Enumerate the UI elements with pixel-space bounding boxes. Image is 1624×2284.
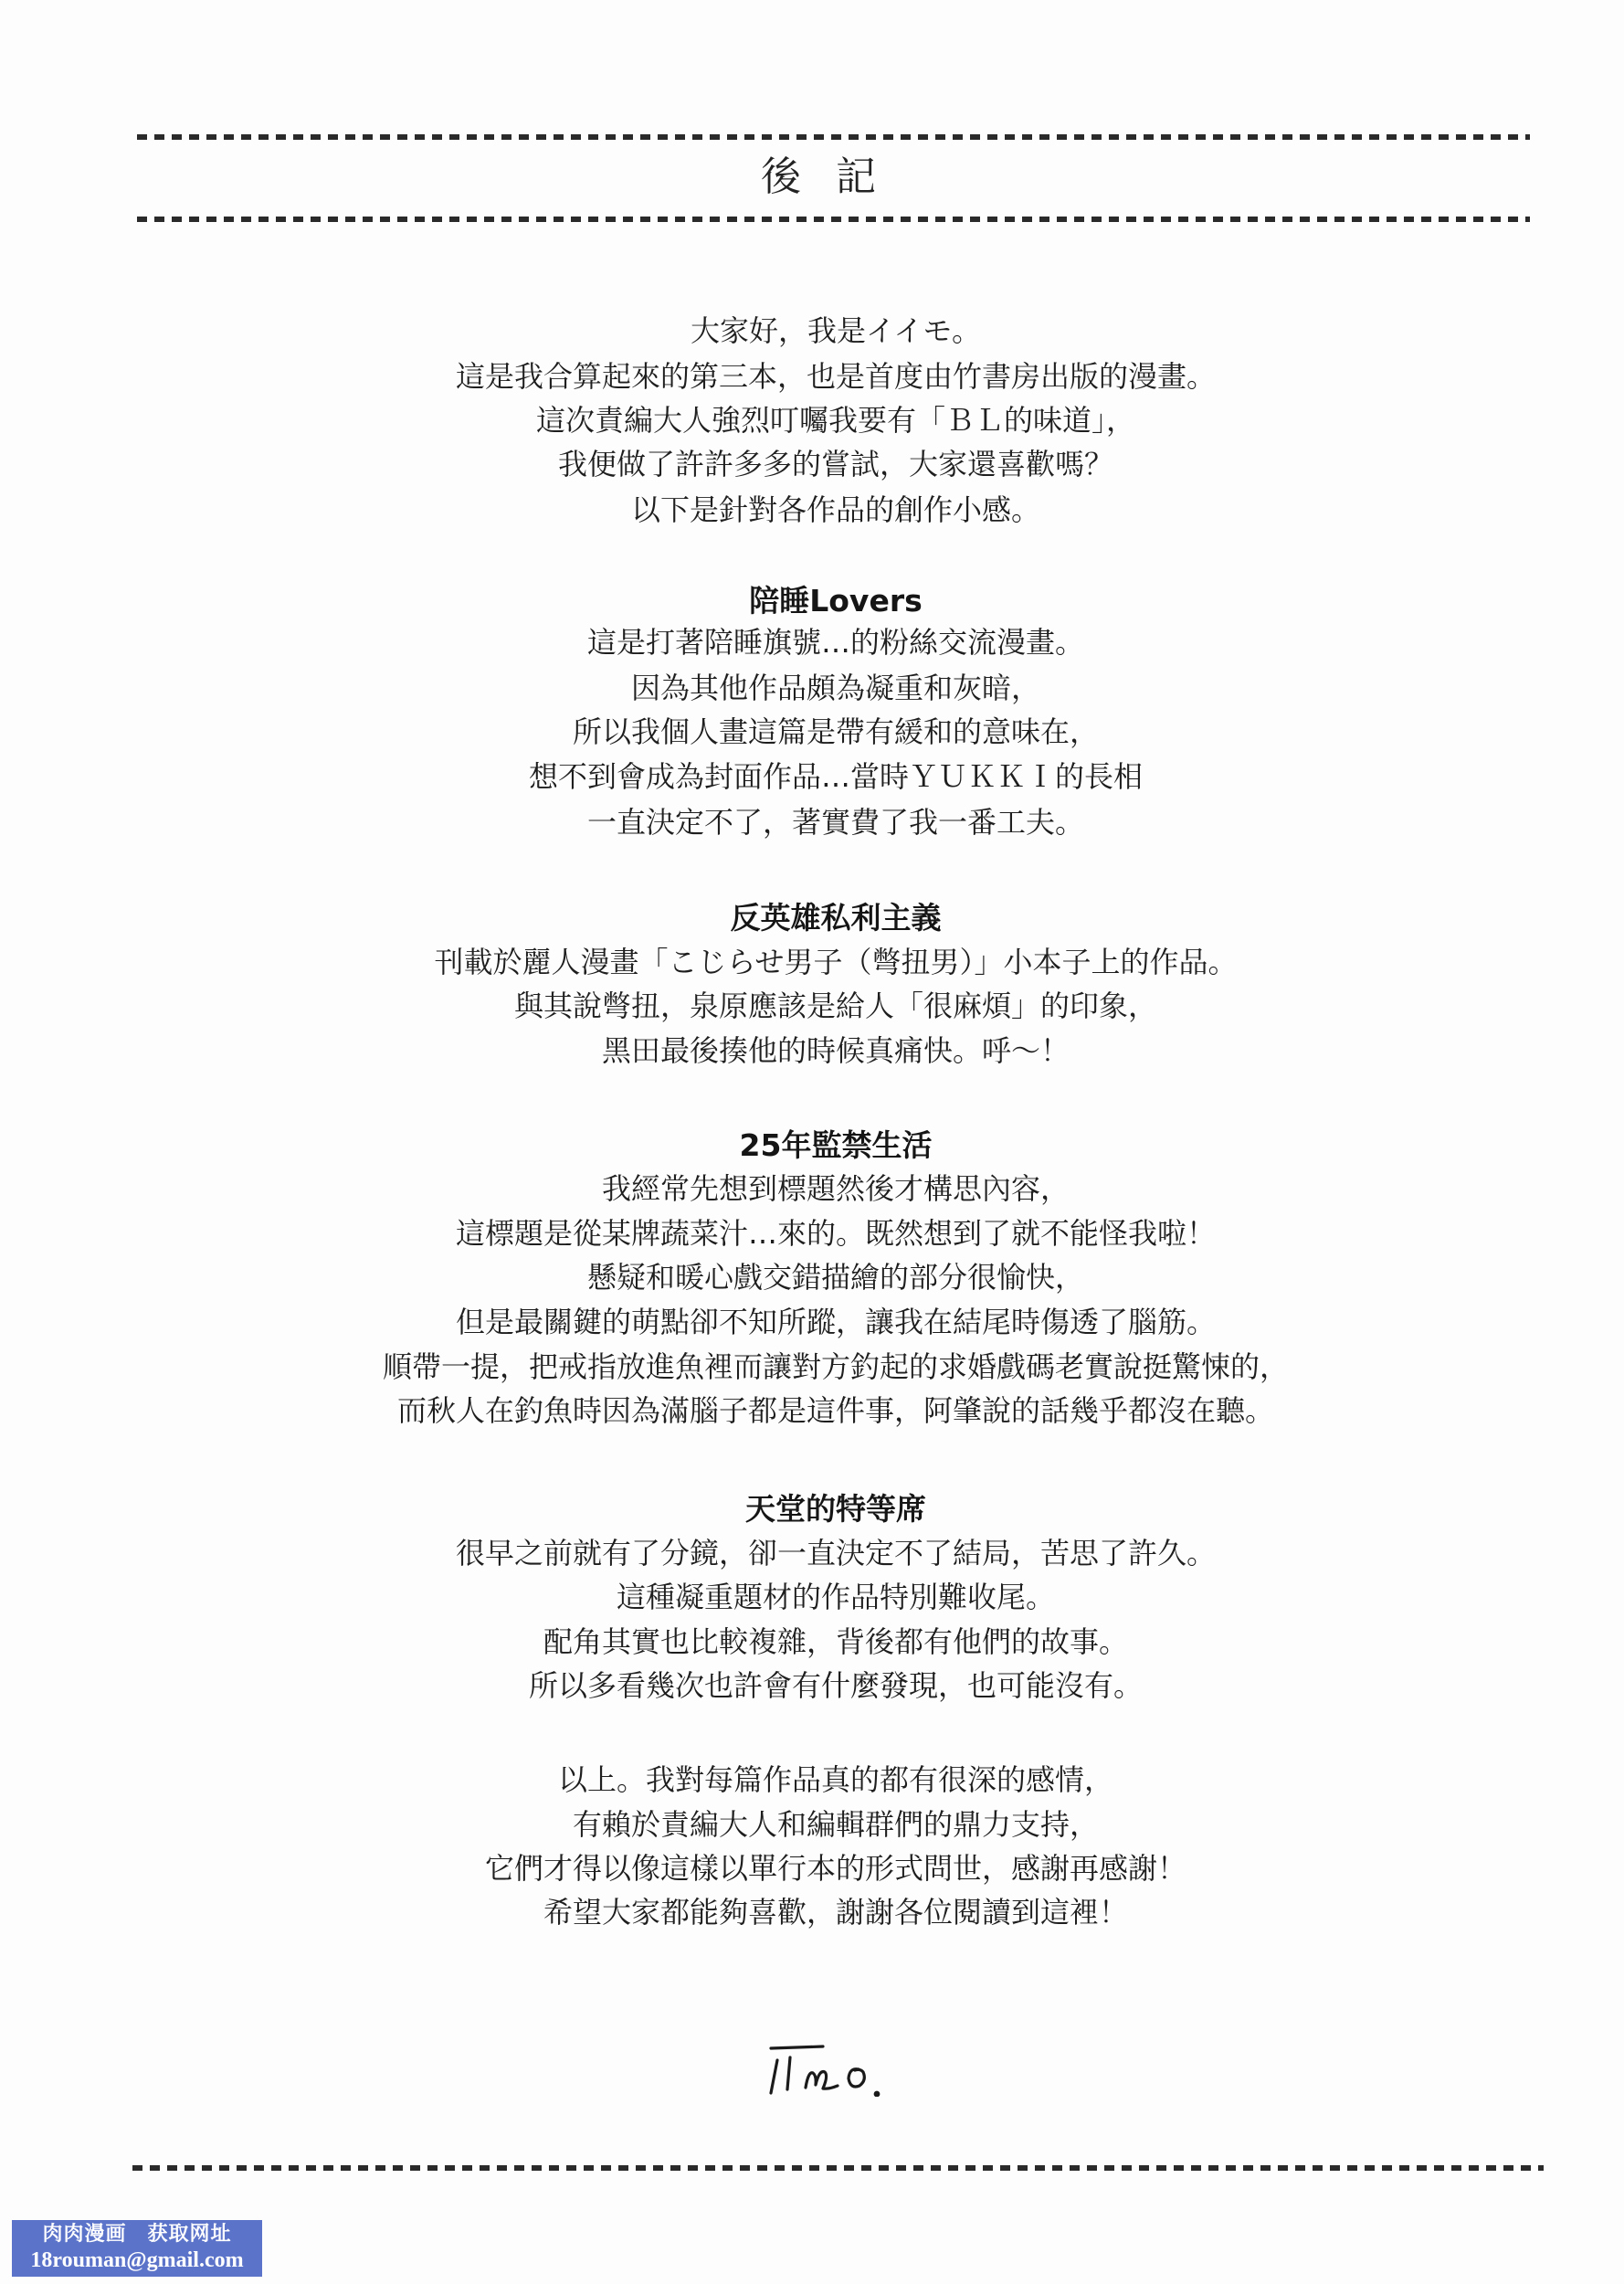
closing-line: 希望大家都能夠喜歡，謝謝各位閱讀到這裡！ [0, 1894, 1624, 1930]
section-heading: 陪睡Lovers [0, 583, 1624, 619]
section-line: 我經常先想到標題然後才構思內容， [0, 1170, 1624, 1207]
section-line: 而秋人在釣魚時因為滿腦子都是這件事，阿肇說的話幾乎都沒在聽。 [0, 1392, 1624, 1429]
watermark-badge: 肉肉漫画 获取网址 18rouman@gmail.com [12, 2220, 262, 2277]
section-line: 這是打著陪睡旗號…的粉絲交流漫畫。 [0, 624, 1624, 661]
closing-line: 以上。我對每篇作品真的都有很深的感情， [0, 1761, 1624, 1798]
intro-line: 以下是針對各作品的創作小感。 [0, 492, 1624, 528]
intro-line: 這是我合算起來的第三本，也是首度由竹書房出版的漫畫。 [0, 358, 1624, 395]
handwritten-signature: Iimo. [763, 2024, 927, 2097]
section-heading: 25年監禁生活 [0, 1127, 1624, 1164]
section-line: 與其說彆扭，泉原應該是給人「很麻煩」的印象， [0, 988, 1624, 1024]
afterword-page: 後記 大家好，我是イイモ。 這是我合算起來的第三本，也是首度由竹書房出版的漫畫。… [0, 0, 1624, 2284]
bottom-dashed-rule [132, 2165, 1544, 2171]
section-line: 這種凝重題材的作品特別難收尾。 [0, 1579, 1624, 1615]
top-dashed-rule [137, 134, 1530, 140]
section-line: 所以多看幾次也許會有什麼發現，也可能沒有。 [0, 1667, 1624, 1704]
section-line: 這標題是從某牌蔬菜汁…來的。既然想到了就不能怪我啦！ [0, 1215, 1624, 1252]
closing-line: 它們才得以像這樣以單行本的形式問世，感謝再感謝！ [0, 1850, 1624, 1887]
section-line: 但是最關鍵的萌點卻不知所蹤，讓我在結尾時傷透了腦筋。 [0, 1304, 1624, 1340]
section-line: 一直決定不了，著實費了我一番工夫。 [0, 804, 1624, 841]
section-line: 配角其實也比較複雜，背後都有他們的故事。 [0, 1623, 1624, 1660]
intro-line: 這次責編大人強烈叮囑我要有「ＢＬ的味道」， [0, 402, 1624, 439]
closing-line: 有賴於責編大人和編輯群們的鼎力支持， [0, 1806, 1624, 1843]
section-line: 黑田最後揍他的時候真痛快。呼～！ [0, 1032, 1624, 1069]
page-title: 後記 [0, 153, 1624, 201]
section-line: 刊載於麗人漫畫「こじらせ男子（彆扭男）」小本子上的作品。 [0, 944, 1624, 980]
section-line: 順帶一提，把戒指放進魚裡而讓對方釣起的求婚戲碼老實說挺驚悚的， [0, 1348, 1624, 1385]
section-line: 因為其他作品頗為凝重和灰暗， [0, 670, 1624, 706]
intro-line: 大家好，我是イイモ。 [0, 312, 1624, 349]
watermark-site-name: 肉肉漫画 获取网址 [12, 2220, 262, 2247]
section-line: 很早之前就有了分鏡，卻一直決定不了結局，苦思了許久。 [0, 1535, 1624, 1571]
section-heading: 反英雄私利主義 [0, 900, 1624, 936]
section-line: 所以我個人畫這篇是帶有緩和的意味在， [0, 714, 1624, 750]
section-line: 想不到會成為封面作品…當時ＹＵＫＫＩ的長相 [0, 758, 1624, 795]
section-heading: 天堂的特等席 [0, 1491, 1624, 1528]
title-underline-dashed-rule [137, 217, 1530, 222]
section-line: 懸疑和暖心戲交錯描繪的部分很愉快， [0, 1259, 1624, 1295]
intro-line: 我便做了許許多多的嘗試，大家還喜歡嗎？ [0, 446, 1624, 482]
watermark-email: 18rouman@gmail.com [12, 2247, 262, 2273]
